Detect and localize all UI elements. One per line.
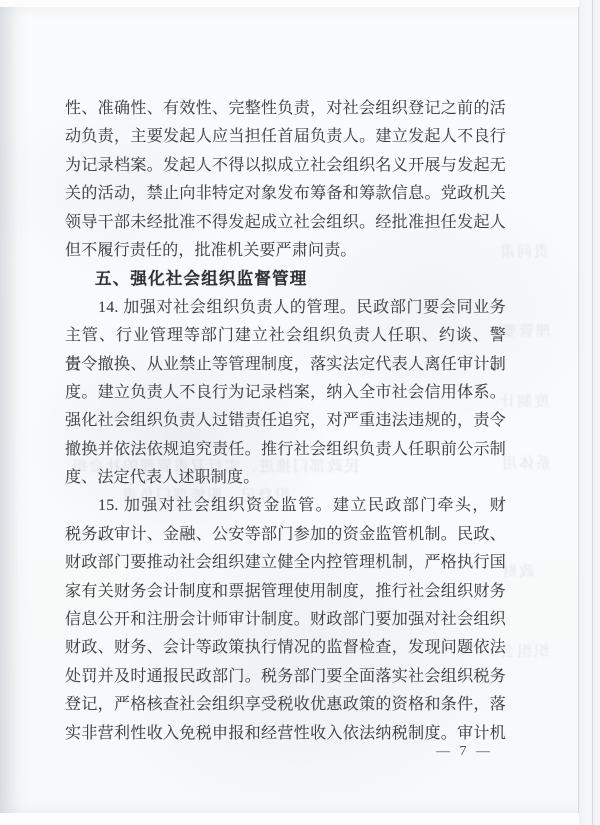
paper-edge-line xyxy=(592,0,593,825)
bleedthrough-text: 系体用 xyxy=(500,452,551,473)
text-line: 度。建立负责人不良行为记录档案，纳入全市社会信用体系。 xyxy=(65,379,506,407)
text-line: 财政、财务、会计等政策执行情况的监督检查，发现问题依法 xyxy=(65,634,506,662)
document-text-block: 性、准确性、有效性、完整性负责，对社会组织登记之前的活动负责，主要发起人应当担任… xyxy=(65,95,506,748)
text-line: 15. 加强对社会组织资金监管。建立民政部门牵头，财政、 xyxy=(65,492,506,520)
text-line: 主管、行业管理等部门建立社会组织负责人任职、约谈、警告、 xyxy=(65,322,506,350)
text-line: 撤换并依法依规追究责任。推行社会组织负责人任职前公示制 xyxy=(65,436,506,464)
text-line: 领导干部未经批准不得发起成立社会组织。经批准担任发起人 xyxy=(65,209,506,237)
text-line: 强化社会组织负责人过错责任追究，对严重违法违规的，责令 xyxy=(65,407,506,435)
text-line: 但不履行责任的，批准机关要严肃问责。 xyxy=(65,237,506,265)
text-line: 税务、审计、金融、公安等部门参加的资金监管机制。民政、 xyxy=(65,521,506,549)
text-line: 关的活动，禁止向非特定对象发布筹备和筹款信息。党政机关 xyxy=(65,180,506,208)
page-number: — 7 — xyxy=(436,744,493,760)
scanned-document-page: { "document": { "lines": [ {"text": "性、准… xyxy=(0,0,600,825)
text-line: 14. 加强对社会组织负责人的管理。民政部门要会同业务 xyxy=(65,294,506,322)
text-line: 登记，严格核查社会组织享受税收优惠政策的资格和条件，落 xyxy=(65,691,506,719)
section-heading: 五、强化社会组织监督管理 xyxy=(65,265,506,293)
text-line: 财政部门要推动社会组织建立健全内控管理机制，严格执行国 xyxy=(65,549,506,577)
text-line: 性、准确性、有效性、完整性负责，对社会组织登记之前的活 xyxy=(65,95,506,123)
bleedthrough-text: 理管要 xyxy=(500,320,551,341)
text-line: 为记录档案。发起人不得以拟成立社会组织名义开展与发起无 xyxy=(65,152,506,180)
scan-gutter xyxy=(579,0,600,825)
paper-sheet: 责问肃理管要度制计系体用民政部门推进、实行双重管理的社会组织登记 职能部门负责政… xyxy=(0,7,579,813)
text-line: 动负责，主要发起人应当担任首届负责人。建立发起人不良行 xyxy=(65,123,506,151)
text-line: 信息公开和注册会计师审计制度。财政部门要加强对社会组织 xyxy=(65,606,506,634)
text-line: 处罚并及时通报民政部门。税务部门要全面落实社会组织税务 xyxy=(65,663,506,691)
text-line: 度、法定代表人述职制度。 xyxy=(65,464,506,492)
text-line: 家有关财务会计制度和票据管理使用制度，推行社会组织财务 xyxy=(65,578,506,606)
text-line: 责令撤换、从业禁止等管理制度，落实法定代表人离任审计制 xyxy=(65,351,506,379)
